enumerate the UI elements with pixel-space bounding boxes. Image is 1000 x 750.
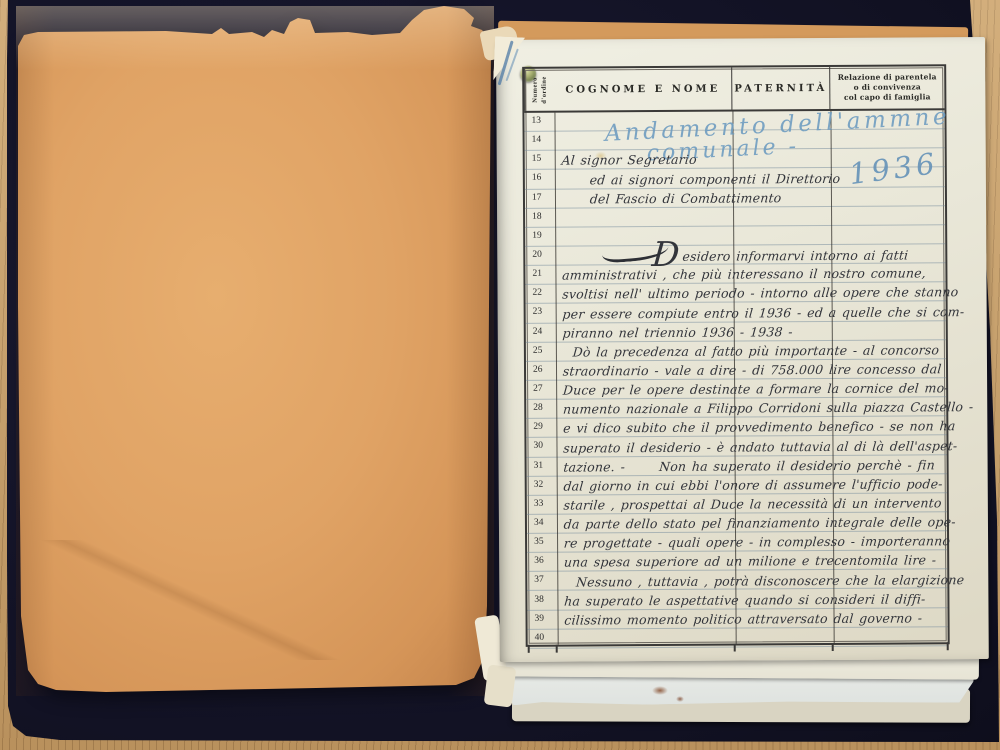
row-number: 22 [533, 288, 543, 298]
row-number: 37 [534, 575, 544, 585]
border-tick [832, 643, 834, 651]
row-number: 21 [532, 269, 542, 279]
row-number: 14 [532, 135, 542, 145]
table-row: 25 [526, 340, 946, 362]
row-number: 17 [532, 192, 542, 202]
border-tick [947, 642, 949, 650]
table-row: 39 [527, 608, 947, 630]
table-row: 23 [526, 302, 946, 324]
table-row: 22 [525, 283, 945, 305]
border-tick [528, 645, 530, 653]
registry-page[interactable]: Numero d'ordine COGNOME E NOME PATERNITÀ… [496, 37, 989, 662]
border-tick [734, 644, 736, 652]
row-number: 29 [533, 422, 543, 432]
header-paternita: PATERNITÀ [732, 67, 830, 110]
table-row: 30 [526, 436, 946, 458]
row-number: 34 [534, 518, 544, 528]
row-number: 25 [533, 345, 543, 355]
table-row: 27 [526, 378, 946, 400]
table-row: 31 [527, 455, 947, 477]
row-number: 35 [534, 537, 544, 547]
table-row: 34 [527, 512, 947, 534]
row-number: 15 [532, 154, 542, 164]
table-row: 19 [525, 225, 945, 247]
row-number: 28 [533, 403, 543, 413]
header-relazione: Relazione di parentela o di convivenza c… [830, 66, 944, 109]
row-number: 33 [534, 499, 544, 509]
table-row: 18 [525, 206, 945, 228]
table-header-row: Numero d'ordine COGNOME E NOME PATERNITÀ… [524, 66, 944, 113]
table-row: 29 [526, 416, 946, 438]
table-row: 17 [525, 187, 945, 209]
border-tick [556, 645, 558, 653]
row-number: 27 [533, 384, 543, 394]
table-row: 21 [525, 263, 945, 285]
row-number: 31 [534, 460, 544, 470]
table-row: 40 [528, 627, 948, 649]
table-row: 28 [526, 397, 946, 419]
stain [652, 686, 668, 695]
row-number: 13 [531, 116, 541, 126]
row-number: 32 [534, 479, 544, 489]
table-row: 37 [527, 570, 947, 592]
torn-page-edge [484, 664, 517, 707]
folder-leaf-wrap [16, 6, 494, 696]
row-number: 23 [533, 307, 543, 317]
table-row: 32 [527, 474, 947, 496]
row-number: 30 [533, 441, 543, 451]
header-cognome-e-nome: COGNOME E NOME [554, 68, 732, 111]
photo-of-archival-document: { "form": { "order_column_label": "Numer… [0, 0, 1000, 750]
table-row: 33 [527, 493, 947, 515]
table-row: 26 [526, 359, 946, 381]
row-number: 40 [535, 632, 545, 642]
table-row: 38 [527, 589, 947, 611]
row-number: 26 [533, 365, 543, 375]
row-number: 38 [534, 594, 544, 604]
tan-folder-leaf[interactable] [16, 6, 494, 696]
row-number: 18 [532, 211, 542, 221]
table-row: 24 [526, 321, 946, 343]
row-number: 19 [532, 231, 542, 241]
row-number: 16 [532, 173, 542, 183]
row-number: 36 [534, 556, 544, 566]
header-order-number: Numero d'ordine [524, 69, 554, 111]
stain [676, 696, 684, 702]
row-number: 39 [535, 613, 545, 623]
row-number: 24 [533, 326, 543, 336]
table-row: 35 [527, 531, 947, 553]
table-row: 36 [527, 550, 947, 572]
table-row: 20 [525, 244, 945, 266]
row-number: 20 [532, 250, 542, 260]
